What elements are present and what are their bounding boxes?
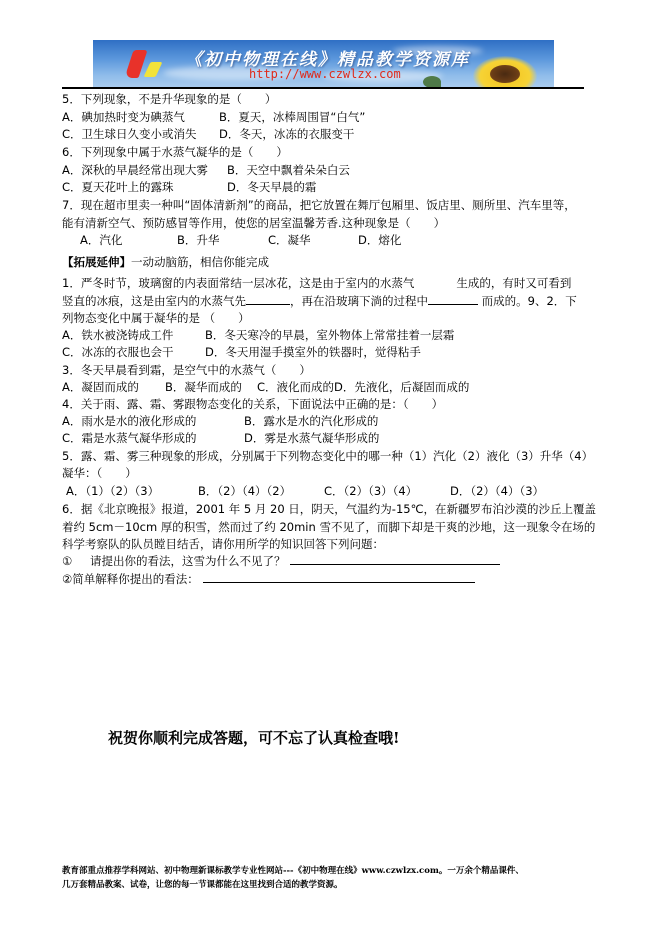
option-a: A．（1）（2）（3） [66, 484, 198, 498]
option-d: D．先液化，后凝固而成的 [334, 380, 469, 394]
question-6-stem: 6．下列现象中属于水蒸气凝华的是（ ） [62, 145, 288, 159]
expand-question-4-stem: 4．关于雨、露、霜、雾跟物态变化的关系，下面说法中正确的是：（ ） [62, 397, 443, 411]
option-c: C．霜是水蒸气凝华形成的 [62, 431, 244, 445]
question-7-stem-line2: 能有清新空气、预防感冒等作用，使您的居室温馨芳香.这种现象是（ ） [62, 216, 445, 230]
option-b: B．凝华而成的 [165, 380, 257, 394]
answer-blank-2[interactable] [428, 294, 478, 305]
leaf-icon [423, 76, 441, 87]
expand-question-3-stem: 3．冬天早晨看到霜，是空气中的水蒸气（ ） [62, 363, 311, 377]
option-b: B．露水是水的汽化形成的 [244, 414, 378, 428]
expand-question-6-line3: 科学考察队的队员瞠目结舌，请你用所学的知识回答下列问题： [62, 537, 384, 551]
question-text: 而成的。9、2．下 [478, 294, 577, 308]
option-a: A．碘加热时变为碘蒸气 [62, 110, 219, 124]
expand-question-6-sub1: ①请提出你的看法，这雪为什么不见了？ [62, 554, 500, 568]
option-b: B．夏天，冰棒周围冒“白气” [219, 110, 365, 124]
expand-question-2-options-row1: A．铁水被浇铸成工件B．冬天寒冷的早晨，室外物体上常常挂着一层霜 [62, 328, 454, 342]
expand-question-1-line3: 列物态变化中属于凝华的是 （ ） [62, 311, 250, 325]
expand-question-5-stem-line2: 凝华：（ ） [62, 466, 137, 480]
option-a: A．凝固而成的 [62, 380, 165, 394]
question-5-stem: 5．下列现象，不是升华现象的是（ ） [62, 92, 276, 106]
expand-question-6-sub2: ②简单解释你提出的看法： [62, 572, 475, 586]
banner-url[interactable]: http://www.czwlzx.com [249, 67, 401, 81]
answer-blank-sub2[interactable] [203, 572, 475, 583]
option-d: D．冬天用湿手摸室外的铁器时，觉得粘手 [205, 345, 421, 359]
expand-question-2-options-row2: C．冰冻的衣服也会干D．冬天用湿手摸室外的铁器时，觉得粘手 [62, 345, 421, 359]
section-heading-title: 【拓展延伸】 [62, 255, 131, 269]
expand-question-3-options: A．凝固而成的B．凝华而成的C．液化而成的D．先液化，后凝固而成的 [62, 380, 469, 394]
answer-blank-1[interactable] [246, 294, 290, 305]
expand-question-1-line2: 竖直的冰痕，这是由室内的水蒸气先，再在沿玻璃下淌的过程中 而成的。9、2．下 [62, 294, 577, 308]
option-a: A．铁水被浇铸成工件 [62, 328, 205, 342]
option-a: A．雨水是水的液化形成的 [62, 414, 244, 428]
option-b: B．升华 [177, 233, 268, 247]
question-text: 生成的，有时又可看到 [456, 276, 571, 290]
sunflower-icon [473, 56, 537, 87]
question-6-options-row2: C．夏天花叶上的露珠D．冬天早晨的霜 [62, 180, 316, 194]
question-7-stem-line1: 7．现在超市里卖一种叫“固体清新剂”的商品，把它放置在舞厅包厢里、饭店里、厕所里… [62, 198, 576, 212]
question-text: ，再在沿玻璃下淌的过程中 [290, 294, 428, 308]
option-b: B．天空中飘着朵朵白云 [227, 163, 350, 177]
option-b: B．（2）（4）（2） [198, 484, 324, 498]
section-heading-subtitle: 一动动脑筋，相信你能完成 [131, 255, 269, 269]
option-a: A．汽化 [80, 233, 177, 247]
option-d: D．熔化 [358, 233, 401, 247]
option-d: D．雾是水蒸气凝华形成的 [244, 431, 379, 445]
option-a: A．深秋的早晨经常出现大雾 [62, 163, 227, 177]
question-text: 竖直的冰痕，这是由室内的水蒸气先 [62, 294, 246, 308]
question-text: 1．严冬时节，玻璃窗的内表面常结一层冰花，这是由于室内的水蒸气 [62, 276, 414, 290]
option-b: B．冬天寒冷的早晨，室外物体上常常挂着一层霜 [205, 328, 454, 342]
expand-question-6-line1: 6．据《北京晚报》报道，2001 年 5 月 20 日，阴天，气温约为-15℃，… [62, 502, 596, 516]
question-5-options-row2: C．卫生球日久变小或消失D．冬天，冰冻的衣服变干 [62, 127, 354, 141]
answer-blank-sub1[interactable] [290, 554, 500, 565]
option-c: C．（2）（3）（4） [324, 484, 450, 498]
closing-message: 祝贺你顺利完成答题，可不忘了认真检查哦! [108, 727, 400, 748]
footer-line-1: 教育部重点推荐学科网站、初中物理新课标教学专业性网站---《初中物理在线》www… [62, 864, 524, 876]
expand-question-5-options: A．（1）（2）（3）B．（2）（4）（2）C．（2）（3）（4）D．（2）（4… [66, 484, 544, 498]
sub-question-text: ②简单解释你提出的看法： [62, 572, 199, 586]
option-c: C．夏天花叶上的露珠 [62, 180, 227, 194]
option-c: C．冰冻的衣服也会干 [62, 345, 205, 359]
question-7-options: A．汽化B．升华C．凝华D．熔化 [80, 233, 401, 247]
expand-question-6-line2: 着约 5cm－10cm 厚的积雪，然而过了约 20min 雪不见了，而脚下却是干… [62, 520, 595, 534]
question-5-options-row1: A．碘加热时变为碘蒸气B．夏天，冰棒周围冒“白气” [62, 110, 365, 124]
sub-question-number: ① [62, 554, 90, 568]
option-c: C．凝华 [268, 233, 358, 247]
section-heading: 【拓展延伸】一动动脑筋，相信你能完成 [62, 255, 269, 269]
expand-question-5-stem-line1: 5．露、霜、雾三种现象的形成，分别属于下列物态变化中的哪一种（1）汽化（2）液化… [62, 449, 593, 463]
sub-question-text: 请提出你的看法，这雪为什么不见了？ [90, 554, 286, 568]
site-banner: 《初中物理在线》精品教学资源库 http://www.czwlzx.com [93, 40, 554, 87]
footer-line-2: 几万套精品教案、试卷，让您的每一节课都能在这里找到合适的教学资源。 [62, 878, 343, 890]
option-d: D．冬天早晨的霜 [227, 180, 316, 194]
logo-icon [144, 62, 163, 77]
option-c: C．液化而成的 [257, 380, 334, 394]
header-divider [62, 87, 584, 89]
option-d: D．（2）（4）（3） [450, 484, 544, 498]
option-d: D．冬天，冰冻的衣服变干 [219, 127, 354, 141]
option-c: C．卫生球日久变小或消失 [62, 127, 219, 141]
question-6-options-row1: A．深秋的早晨经常出现大雾B．天空中飘着朵朵白云 [62, 163, 350, 177]
expand-question-4-options-row1: A．雨水是水的液化形成的B．露水是水的汽化形成的 [62, 414, 378, 428]
expand-question-4-options-row2: C．霜是水蒸气凝华形成的D．雾是水蒸气凝华形成的 [62, 431, 379, 445]
expand-question-1-line1: 1．严冬时节，玻璃窗的内表面常结一层冰花，这是由于室内的水蒸气生成的，有时又可看… [62, 276, 571, 290]
